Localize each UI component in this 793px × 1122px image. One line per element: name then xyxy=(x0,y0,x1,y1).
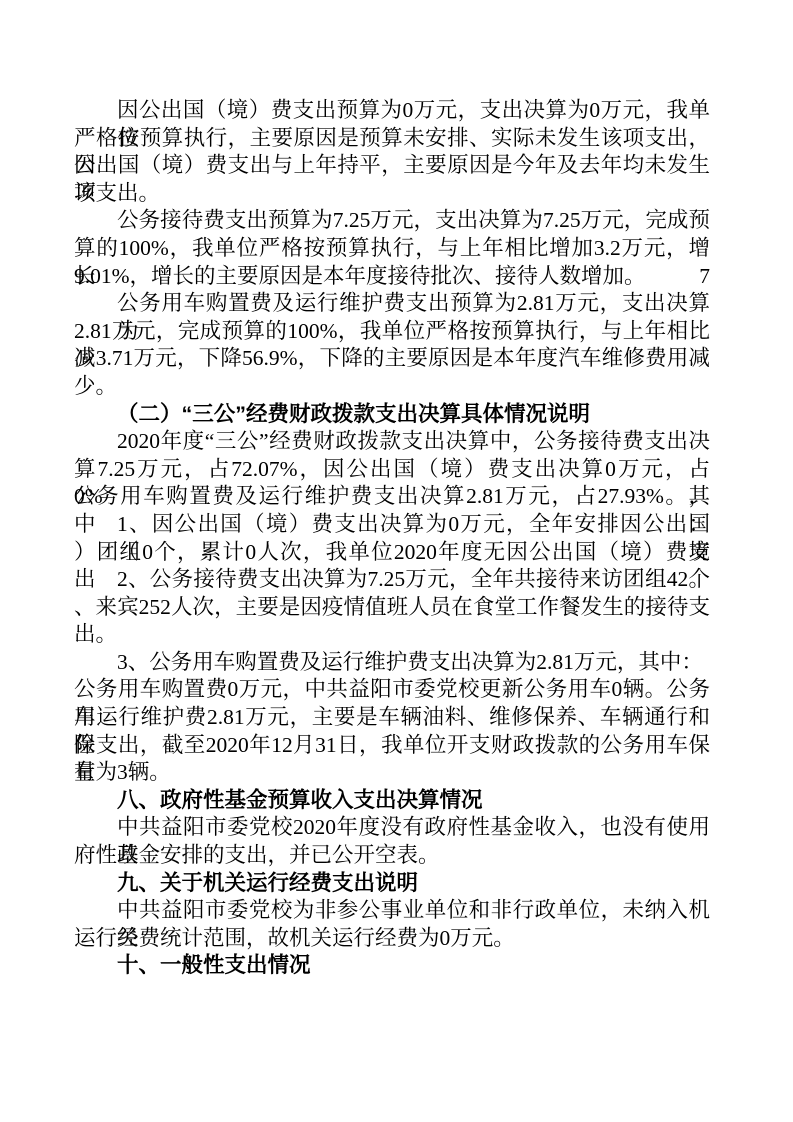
text-line: 2.81万元，完成预算的100%，我单位严格按预算执行，与上年相比减 xyxy=(74,318,710,346)
paragraph-operating-expense: 中共益阳市委党校为非参公事业单位和非行政单位，未纳入机关 运行经费统计范围，故机… xyxy=(74,897,710,952)
text-line: 出。 xyxy=(74,621,710,649)
text-line: 中共益阳市委党校2020年度没有政府性基金收入，也没有使用政 xyxy=(74,814,710,842)
text-line: 公务接待费支出预算为7.25万元，支出决算为7.25万元，完成预 xyxy=(74,207,710,235)
paragraph-government-fund: 中共益阳市委党校2020年度没有政府性基金收入，也没有使用政 府性基金安排的支出… xyxy=(74,814,710,869)
paragraph-item-3-vehicle: 3、公务用车购置费及运行维护费支出决算为2.81万元，其中： 公务用车购置费0万… xyxy=(74,649,710,787)
text-line: 少。 xyxy=(74,373,710,401)
text-line: 少3.71万元，下降56.9%，下降的主要原因是本年度汽车维修费用减 xyxy=(74,345,710,373)
paragraph-item-2-reception: 2、公务接待费支出决算为7.25万元，全年共接待来访团组42个 、来宾252人次… xyxy=(74,566,710,649)
text-line: 严格按预算执行，主要原因是预算未安排、实际未发生该项支出，因 xyxy=(74,125,710,153)
text-line: 项支出。 xyxy=(74,180,710,208)
text-line: 公出国（境）费支出与上年持平，主要原因是今年及去年均未发生该 xyxy=(74,152,710,180)
text-line: 2、公务接待费支出决算为7.25万元，全年共接待来访团组42个 xyxy=(74,566,710,594)
text-line: 中共益阳市委党校为非参公事业单位和非行政单位，未纳入机关 xyxy=(74,897,710,925)
text-line: 2020年度“三公”经费财政拨款支出决算中，公务接待费支出决 xyxy=(74,428,710,456)
section-heading-general-expense: 十、一般性支出情况 xyxy=(74,952,710,980)
text-line: 车运行维护费2.81万元，主要是车辆油料、维修保养、车辆通行和保 xyxy=(74,704,710,732)
text-line: 公务用车购置费及运行维护费支出预算为2.81万元，支出决算为 xyxy=(74,290,710,318)
text-line: 、来宾252人次，主要是因疫情值班人员在食堂工作餐发生的接待支 xyxy=(74,594,710,622)
section-heading-operating-expense: 九、关于机关运行经费支出说明 xyxy=(74,870,710,898)
paragraph-overseas-expense: 因公出国（境）费支出预算为0万元，支出决算为0万元，我单位 严格按预算执行，主要… xyxy=(74,97,710,207)
paragraph-reception-expense: 公务接待费支出预算为7.25万元，支出决算为7.25万元，完成预 算的100%，… xyxy=(74,207,710,290)
document-body: 因公出国（境）费支出预算为0万元，支出决算为0万元，我单位 严格按预算执行，主要… xyxy=(74,97,710,980)
document-page: 因公出国（境）费支出预算为0万元，支出决算为0万元，我单位 严格按预算执行，主要… xyxy=(0,0,793,1122)
text-line: 3、公务用车购置费及运行维护费支出决算为2.81万元，其中： xyxy=(74,649,710,677)
section-heading-government-fund: 八、政府性基金预算收入支出决算情况 xyxy=(74,787,710,815)
paragraph-vehicle-expense: 公务用车购置费及运行维护费支出预算为2.81万元，支出决算为 2.81万元，完成… xyxy=(74,290,710,400)
paragraph-three-public-summary: 2020年度“三公”经费财政拨款支出决算中，公务接待费支出决 算7.25万元，占… xyxy=(74,428,710,511)
text-line: 算的100%，我单位严格按预算执行，与上年相比增加3.2万元，增长7 xyxy=(74,235,710,263)
section-heading-three-public-details: （二）“三公”经费财政拨款支出决算具体情况说明 xyxy=(74,401,710,429)
paragraph-item-1-overseas: 1、因公出国（境）费支出决算为0万元，全年安排因公出国（境 ）团组0个，累计0人… xyxy=(74,511,710,566)
text-line: 府性基金安排的支出，并已公开空表。 xyxy=(74,842,710,870)
text-line: 险支出，截至2020年12月31日，我单位开支财政拨款的公务用车保有 xyxy=(74,732,710,760)
text-line: 算7.25万元，占72.07%，因公出国（境）费支出决算0万元，占0%， xyxy=(74,456,710,484)
text-line: 9.01%，增长的主要原因是本年度接待批次、接待人数增加。 xyxy=(74,263,710,291)
text-line: ）团组0个，累计0人次，我单位2020年度无因公出国（境）费支出。 xyxy=(74,539,710,567)
text-line: 运行经费统计范围，故机关运行经费为0万元。 xyxy=(74,925,710,953)
text-line: 公务用车购置费0万元，中共益阳市委党校更新公务用车0辆。公务用 xyxy=(74,676,710,704)
text-line: 量为3辆。 xyxy=(74,759,710,787)
text-line: 公务用车购置费及运行维护费支出决算2.81万元，占27.93%。其中： xyxy=(74,483,710,511)
text-line: 因公出国（境）费支出预算为0万元，支出决算为0万元，我单位 xyxy=(74,97,710,125)
text-line: 1、因公出国（境）费支出决算为0万元，全年安排因公出国（境 xyxy=(74,511,710,539)
